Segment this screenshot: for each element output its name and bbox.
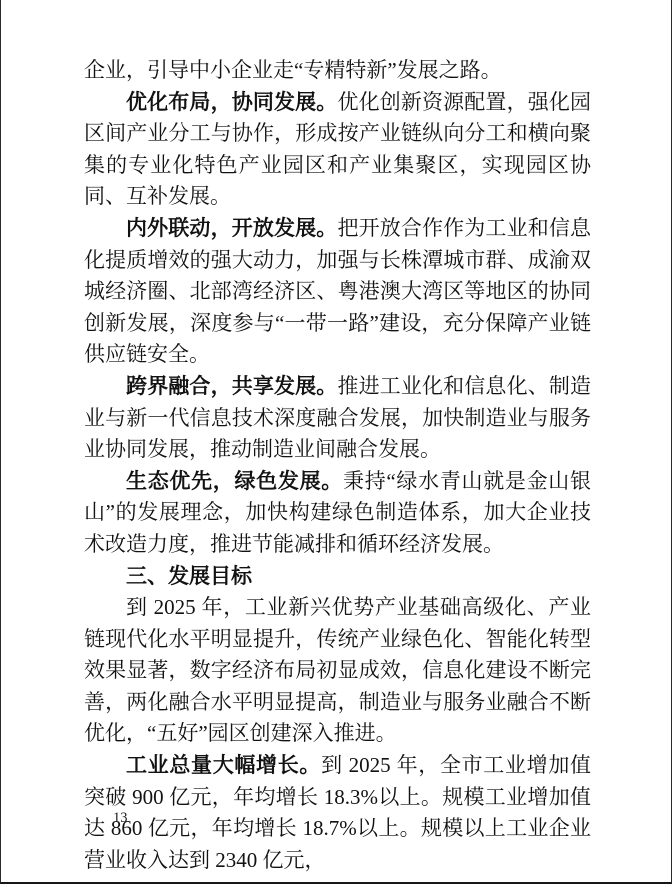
- paragraph-lead: 跨界融合，共享发展。: [126, 375, 337, 398]
- section-heading: 三、发展目标: [84, 561, 591, 593]
- paragraph-text: 到 2025 年，工业新兴优势产业基础高级化、产业链现代化水平明显提升，传统产业…: [84, 595, 591, 745]
- document-page: 企业，引导中小企业走“专精特新”发展之路。 优化布局，协同发展。优化创新资源配置…: [0, 0, 672, 884]
- paragraph-continuation: 企业，引导中小企业走“专精特新”发展之路。: [84, 55, 591, 87]
- paragraph: 生态优先，绿色发展。秉持“绿水青山就是金山银山”的发展理念，加快构建绿色制造体系…: [84, 466, 591, 561]
- paragraph: 工业总量大幅增长。到 2025 年，全市工业增加值突破 900 亿元，年均增长 …: [84, 750, 591, 876]
- paragraph-lead: 优化布局，协同发展。: [126, 91, 337, 114]
- paragraph-lead: 工业总量大幅增长。: [126, 754, 321, 777]
- paragraph: 内外联动，开放发展。把开放合作作为工业和信息化提质增效的强大动力，加强与长株潭城…: [84, 213, 591, 371]
- paragraph-lead: 内外联动，开放发展。: [126, 217, 337, 240]
- document-body: 企业，引导中小企业走“专精特新”发展之路。 优化布局，协同发展。优化创新资源配置…: [84, 55, 591, 876]
- page-number: 13: [113, 809, 128, 827]
- paragraph: 跨界融合，共享发展。推进工业化和信息化、制造业与新一代信息技术深度融合发展，加快…: [84, 371, 591, 466]
- section-heading-text: 三、发展目标: [126, 565, 252, 588]
- paragraph-text: 企业，引导中小企业走“专精特新”发展之路。: [84, 58, 502, 82]
- paragraph-lead: 生态优先，绿色发展。: [126, 470, 343, 493]
- paragraph: 到 2025 年，工业新兴优势产业基础高级化、产业链现代化水平明显提升，传统产业…: [84, 592, 591, 750]
- paragraph: 优化布局，协同发展。优化创新资源配置，强化园区间产业分工与协作，形成按产业链纵向…: [84, 87, 591, 213]
